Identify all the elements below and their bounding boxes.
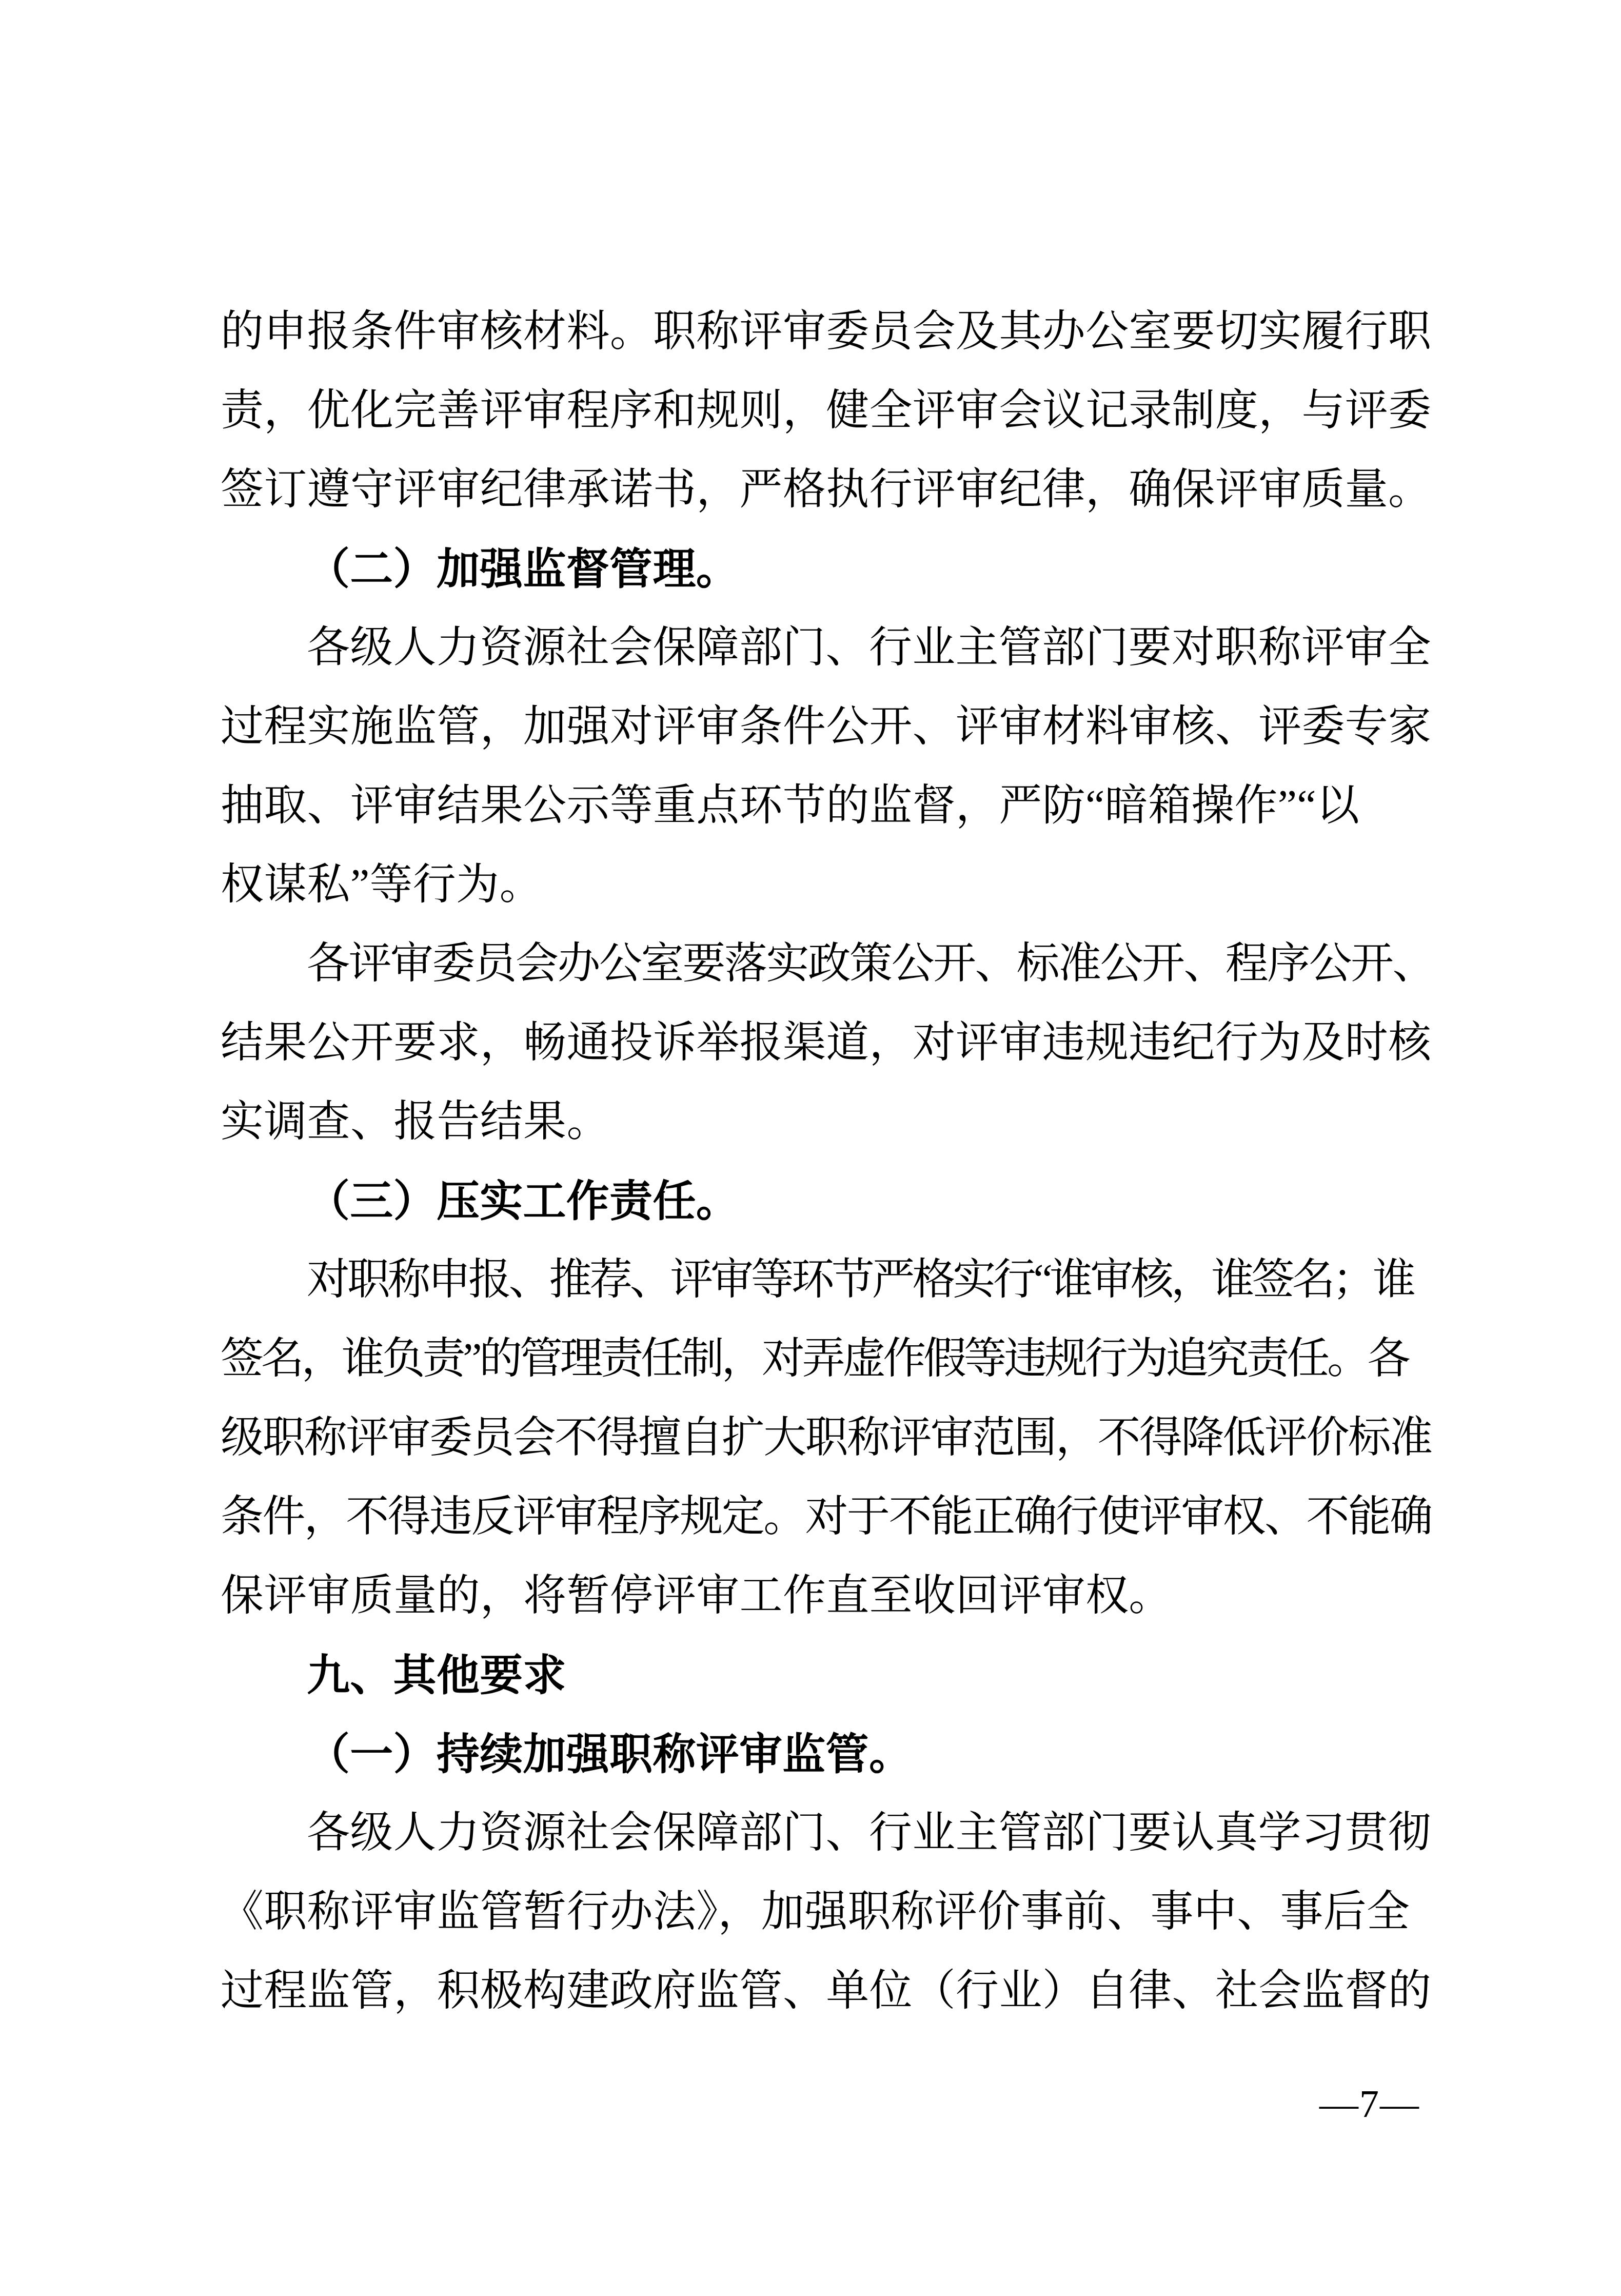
text-line: 的申报条件审核材料。职称评审委员会及其办公室要切实履行职 xyxy=(221,292,1431,371)
text-line: 《职称评审监管暂行办法》，加强职称评价事前、事中、事后全 xyxy=(221,1873,1431,1952)
text-line: 各级人力资源社会保障部门、行业主管部门要认真学习贯彻 xyxy=(221,1794,1431,1873)
text-line: 保评审质量的，将暂停评审工作直至收回评审权。 xyxy=(221,1557,1431,1636)
text-line: 各评审委员会办公室要落实政策公开、标准公开、程序公开、 xyxy=(221,925,1431,1004)
text-line: 过程实施监管，加强对评审条件公开、评审材料审核、评委专家 xyxy=(221,688,1431,767)
page-number: —7— xyxy=(1319,2076,1420,2132)
text-line: 责，优化完善评审程序和规则，健全评审会议记录制度，与评委 xyxy=(221,371,1431,450)
text-line: 对职称申报、推荐、评审等环节严格实行“谁审核，谁签名；谁 xyxy=(221,1241,1431,1320)
section-heading-line: （三）压实工作责任。 xyxy=(221,1162,1431,1241)
section-heading-line: （二）加强监督管理。 xyxy=(221,529,1431,609)
text-line: 签订遵守评审纪律承诺书，严格执行评审纪律，确保评审质量。 xyxy=(221,450,1431,529)
document-page: 的申报条件审核材料。职称评审委员会及其办公室要切实履行职责，优化完善评审程序和规… xyxy=(0,0,1621,2296)
text-line: 条件，不得违反评审程序规定。对于不能正确行使评审权、不能确 xyxy=(221,1478,1431,1557)
text-line: 实调查、报告结果。 xyxy=(221,1083,1431,1162)
text-line: 签名，谁负责”的管理责任制，对弄虚作假等违规行为追究责任。各 xyxy=(221,1320,1431,1399)
text-line: 权谋私”等行为。 xyxy=(221,846,1431,925)
section-heading-line: 九、其他要求 xyxy=(221,1636,1431,1715)
text-line: 过程监管，积极构建政府监管、单位（行业）自律、社会监督的 xyxy=(221,1952,1431,2031)
section-heading-line: （一）持续加强职称评审监管。 xyxy=(221,1715,1431,1794)
text-line: 各级人力资源社会保障部门、行业主管部门要对职称评审全 xyxy=(221,609,1431,688)
document-body: 的申报条件审核材料。职称评审委员会及其办公室要切实履行职责，优化完善评审程序和规… xyxy=(221,292,1431,2031)
text-line: 级职称评审委员会不得擅自扩大职称评审范围，不得降低评价标准 xyxy=(221,1399,1431,1478)
text-line: 抽取、评审结果公示等重点环节的监督，严防“暗箱操作”“以 xyxy=(221,767,1431,846)
text-line: 结果公开要求，畅通投诉举报渠道，对评审违规违纪行为及时核 xyxy=(221,1004,1431,1083)
